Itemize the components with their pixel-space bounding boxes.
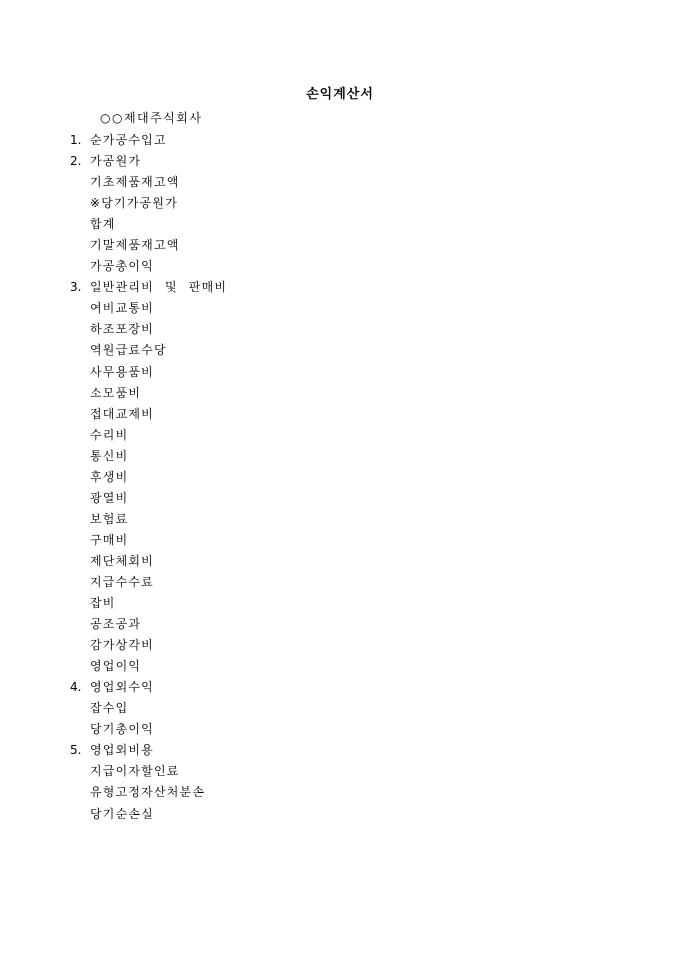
item-line: 당기총이익 [0,719,680,740]
item-label: 지급이자할인료 [90,764,180,778]
section-label: 가공원가 [90,154,141,168]
item-label: 당기총이익 [90,722,154,736]
item-line: 소모품비 [0,383,680,404]
item-label: 기말제품재고액 [90,238,180,252]
section-number: 3. [70,277,90,298]
item-label: 사무용품비 [90,365,154,379]
section-line: 5.영업외비용 [0,740,680,761]
item-line: 영업이익 [0,656,680,677]
item-label: 보험료 [90,512,128,526]
item-label: 당기순손실 [90,807,154,821]
item-line: 보험료 [0,509,680,530]
item-label: 잡수입 [90,701,128,715]
item-line: 기초제품재고액 [0,172,680,193]
section-number: 5. [70,740,90,761]
item-label: 통신비 [90,449,128,463]
item-label: 제단체회비 [90,554,154,568]
item-line: 감가상각비 [0,635,680,656]
item-label: 역원급료수당 [90,343,167,357]
item-line: 광열비 [0,488,680,509]
item-line: 역원급료수당 [0,340,680,361]
document-title: 손익계산서 [0,86,680,104]
section-line: 1.순가공수입고 [0,130,680,151]
item-label: 여비교통비 [90,301,154,315]
item-line: 여비교통비 [0,298,680,319]
item-label: 합계 [90,217,116,231]
item-label: 영업이익 [90,659,141,673]
item-line: 유형고정자산처분손 [0,782,680,803]
item-label: 지급수수료 [90,575,154,589]
item-label: ※당기가공원가 [90,196,178,210]
item-label: 수리비 [90,428,128,442]
item-label: 구매비 [90,533,128,547]
item-line: 제단체회비 [0,551,680,572]
item-label: 가공총이익 [90,259,154,273]
section-number: 1. [70,130,90,151]
section-number: 2. [70,151,90,172]
item-line: 잡수입 [0,698,680,719]
item-label: 광열비 [90,491,128,505]
item-label: 후생비 [90,470,128,484]
item-line: 사무용품비 [0,362,680,383]
item-line: 당기순손실 [0,804,680,825]
item-line: 지급수수료 [0,572,680,593]
item-label: 감가상각비 [90,638,154,652]
item-line: 후생비 [0,467,680,488]
item-label: 접대교제비 [90,407,154,421]
document-page: 손익계산서 ○○제대주식회사 1.순가공수입고 2.가공원가 기초제품재고액 ※… [0,0,680,962]
item-label: 기초제품재고액 [90,175,180,189]
section-line: 3.일반관리비 및 판매비 [0,277,680,298]
section-line: 4.영업외수익 [0,677,680,698]
section-line: 2.가공원가 [0,151,680,172]
section-label: 일반관리비 및 판매비 [90,280,227,294]
section-label: 순가공수입고 [90,133,167,147]
item-line: 지급이자할인료 [0,761,680,782]
item-line: 잡비 [0,593,680,614]
item-line: 합계 [0,214,680,235]
item-line: ※당기가공원가 [0,193,680,214]
section-number: 4. [70,677,90,698]
item-line: 기말제품재고액 [0,235,680,256]
item-line: 하조포장비 [0,319,680,340]
company-name: ○○제대주식회사 [100,109,203,127]
section-label: 영업외비용 [90,743,154,757]
item-line: 통신비 [0,446,680,467]
item-label: 잡비 [90,596,116,610]
item-label: 소모품비 [90,386,141,400]
item-line: 구매비 [0,530,680,551]
item-label: 하조포장비 [90,322,154,336]
item-label: 유형고정자산처분손 [90,785,205,799]
item-label: 공조공과 [90,617,141,631]
section-label: 영업외수익 [90,680,154,694]
item-line: 가공총이익 [0,256,680,277]
item-line: 공조공과 [0,614,680,635]
item-line: 수리비 [0,425,680,446]
item-line: 접대교제비 [0,404,680,425]
statement-lines: 1.순가공수입고 2.가공원가 기초제품재고액 ※당기가공원가 합계 기말제품재… [0,130,680,825]
